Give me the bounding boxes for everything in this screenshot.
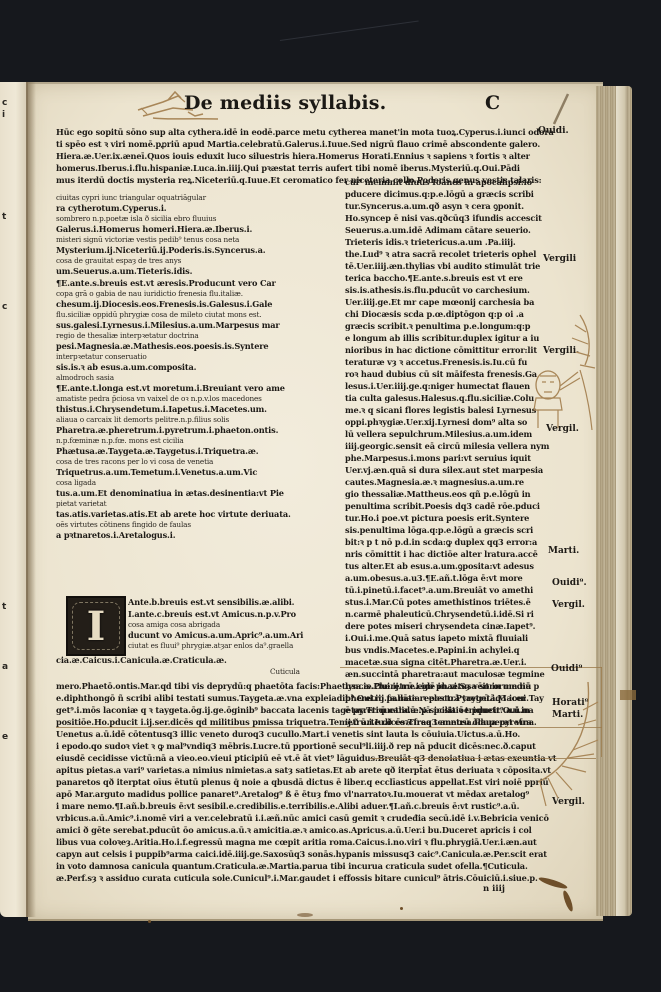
interlinear-gloss: almodroch sasia [56,373,346,382]
text-line: amici ð gēte serebat.pducūt ōo amicus.a.… [56,824,576,836]
text-line: stus.i.Mar.Cū potes amethistinos triētes… [345,596,570,608]
interlinear-gloss: misteri signū victoriæ vestis pedib⁹ ten… [56,235,346,244]
text-line: iiij.georgic.sensit eā circū milesia vel… [345,440,570,452]
left-page-bleed-text: c [2,98,7,108]
text-line: Pharetra.æ.pheretrum.i.pyretrum.i.phaeto… [56,424,346,436]
text-line: tas.atis.varietas.atis.Et ab arete hoc v… [56,508,346,520]
interlinear-gloss: cosa amiga cosa abrigada [128,620,343,629]
text-line: tē.Uer.iiij.æn.thylias vbi audito stimul… [345,260,570,272]
text-line: homerus.Iberus.i.flu.hispaniæ.Luca.in.ii… [56,162,576,174]
paper-dot [400,907,403,910]
running-head: De mediis syllabis. [184,92,387,114]
left-page-edge: c i t c t a e [0,82,28,917]
text-line: Trieteris idis.ꝛ trietericus.a.um .Pa.ii… [345,236,570,248]
text-line: capyn aut celsis i puppib⁹arma caici.idē… [56,848,576,860]
text-line: in voto damnosa canicula quantum.Craticu… [56,860,576,872]
text-line: bit:ꝛ p t nō p.d.in scda:ꝙ duplex qq3 er… [345,536,570,548]
text-line: i.Oui.i.me.Quā satus iapeto mixtā fluuia… [345,632,570,644]
text-line: n.carmē phaleuticū.Chrysendetū.i.idē.Si … [345,608,570,620]
text-line: Triquetrus.a.um.Temetum.i.Venetus.a.um.V… [56,466,346,478]
interlinear-gloss: ciuitas cypri iunc triangular oquatriāgu… [56,193,346,202]
text-line: um.Seuerus.a.um.Tieteris.idis. [56,265,346,277]
text-line: Uer.iiij.ge.Et mr cape mœonij carchesia … [345,296,570,308]
text-line: apō Mar.arguto madidus pollice panaret⁹.… [56,788,576,800]
interlinear-gloss: regio de thesaliæ interpꝛetatur doctrina [56,331,346,340]
closing-paragraph: mero.Phaetō.ontis.Mar.qd tibi vis depryd… [56,680,576,884]
text-line: tus.a.um.Et denominatiua in ætas.desinen… [56,487,346,499]
left-page-bleed-text: i [2,110,5,120]
text-line: vrbicus.a.ū.Amic⁹.i.nomē viri a ver.cele… [56,812,576,824]
paper-dot [148,920,151,923]
interlinear-gloss: amatiste pedra p̄ciosa vn vaixel de oꝛ n… [56,394,346,403]
text-line: panaretos qð iterptat oīus ētutū plenus … [56,776,576,788]
text-line: apitus pietas.a vari⁹ varietas.a nimius … [56,764,576,776]
text-line: tur.Syncerus.a.um.qð asyn ꝛ cera ꝯponit. [345,200,570,212]
paper-stain [297,913,313,917]
interlinear-gloss: pietat varietat [56,499,346,508]
text-line: a.um.obesus.a.u3.¶E.añ.t.lōga ē:vt more [345,572,570,584]
text-line: get⁹.i.mōs laconiæ q ꝛ taygeta.ōg.ij.ge.… [56,704,576,716]
gutter-shadow [26,82,36,917]
text-line: Uer.vj.æn.quā si dura silex.aut stet mar… [345,464,570,476]
text-line: æ.Perf.sȝ ꝛ assiduo curata cuticula sole… [56,872,576,884]
initial-letter: I [87,603,106,650]
text-line: ¶E.ante.t.longa est.vt moretum.i.Breuian… [56,382,346,394]
text-line: Hiera.æ.Uer.ix.æneī.Quos iouis eduxit lu… [56,150,576,162]
interlinear-gloss: ciutat es fluui⁹ phrygiæ.atȝar enlos da⁹… [128,641,343,650]
backdrop-cloth-fold [274,0,418,41]
interlinear-gloss: aliaua o carcaix lit demorts pelitre.n.p… [56,415,346,424]
text-line: sus.galesi.Lyrnesus.i.Milesius.a.um.Marp… [56,319,346,331]
interlinear-gloss: oēs virtutes cōtinens fingido de faulas [56,520,346,529]
manuscript-underline [56,727,602,728]
text-line: ¶E.ante.s.breuis est.vt æresis.Producunt… [56,277,346,289]
text-line: a pꝛtnaretos.i.Aretalogus.i. [56,529,346,541]
marginal-note: Ouidi⁹. [552,578,587,588]
text-line: pducere dicimus.q:p.e.lōgū a græcis scri… [345,188,570,200]
text-line: ti spēo est ꝛ viri nomē.pꝓriū apud Marti… [56,138,576,150]
text-line: penultima scribit.Poesis dq3 cadē rōe.pd… [345,500,570,512]
interlinear-gloss: flu.siciliæ oppidū phrygiæ cosa de milet… [56,310,346,319]
right-column-commentary: cui⁹ meminit diuus Ioānes in apocalipsi:… [345,176,570,728]
interlinear-gloss: cosa ligada [56,478,346,487]
text-line: Hūc ego sopitū sōno sup alta cythera.idē… [56,126,576,138]
text-line: i mare nemo.¶I.añ.b.breuis ē:vt sesibil.… [56,800,576,812]
text-line: cia.æ.Caicus.i.Canicula.æ.Craticula.æ. [56,654,346,666]
text-line: tus alter.Et ab esus.a.um.ꝯposita:vt ade… [345,560,570,572]
text-line: Galerus.i.Homerus homeri.Hiera.æ.Iberus.… [56,223,346,235]
text-line: bus vndis.Macetes.e.Papini.in achylei.q [345,644,570,656]
text-line: mero.Phaetō.ontis.Mar.qd tibi vis depryd… [56,680,576,692]
marginal-note: Vergil. [552,600,585,610]
text-line: libus vua coloꝛeȝ.Aritia.Ho.i.f.egressū … [56,836,576,848]
marginal-note: Ouidi⁹ [551,664,582,674]
signature-footer: n iiij [483,884,505,894]
text-line: pesi.Magnesia.æ.Mathesis.eos.poesis.is.S… [56,340,346,352]
initial-paragraph: Ante.b.breuis est.vt sensibilis.æ.alibi.… [128,596,343,650]
text-line: thistus.i.Chrysendetum.i.Iapetus.i.Macet… [56,403,346,415]
text-line: ducunt vo Amicus.a.um.Apric⁹.a.um.Ari [128,629,343,641]
pen-mark-icon [548,92,572,128]
text-line: i epodo.qo sudoꝛ viet ꝛ ꝙ mal⁹vndiq3 mēb… [56,740,576,752]
text-line: sis.is.ꝛ ab esus.a.um.composita. [56,361,346,373]
marginal-note: Marti. [548,546,579,556]
left-column-lemma-list: ciuitas cypri iunc triangular oquatriāgu… [56,193,346,541]
text-line: cui⁹ meminit diuus Ioānes in apocalipsi:… [345,176,570,188]
text-line: cautes.Magnesia.æ.ꝛ magnesius.a.um.re [345,476,570,488]
interlinear-gloss: sombrero n.p.poetæ isla ð sicilia ebro f… [56,214,346,223]
text-line: Uenetus a.ū.idē cōtentusq3 illic veneto … [56,728,576,740]
left-page-bleed-text: a [2,662,8,672]
text-line: æn.succintā pharetra:aut maculosæ tegmin… [345,668,570,680]
interlinear-gloss: interpꝛetatur conseruatio [56,352,346,361]
text-line: dere potes miseri chrysendeta cinæ.Iapet… [345,620,570,632]
interlinear-gloss-cuticula: Cuticula [270,667,300,676]
text-line: Seuerus.a.um.idē Adimam cātare seuerio. [345,224,570,236]
text-line: tur.Ho.i poe.vt pictura poesis erit.Synt… [345,512,570,524]
text-line: the.Lud⁹ ꝛ atra sacrā recolet trieteris … [345,248,570,260]
text-line: sis.is.athesis.is.flu.pducūt vo carchesi… [345,284,570,296]
initial-paragraph-continuation: cia.æ.Caicus.i.Canicula.æ.Craticula.æ. [56,654,346,666]
text-line: ra cytherotum.Cyperus.i. [56,202,346,214]
text-line: gio thessaliæ.Mattheus.eos qñ p.e.lōgū i… [345,488,570,500]
interlinear-gloss: cosa de tres racons per lo vi cosa de ve… [56,457,346,466]
decorated-initial: I [66,596,126,656]
interlinear-gloss: Cuticula [270,667,300,676]
fore-edge-stain [620,690,636,700]
text-line: terica baccho.¶E.ante.s.breuis est vt er… [345,272,570,284]
text-line: I.ante.c.breuis est.vt Amicus.n.p.v.Pro [128,608,343,620]
text-line: nris cōmittit i hac dictiōe alter lratur… [345,548,570,560]
text-line: Mysterium.ij.Niceteriū.ij.Poderis.is.Syn… [56,244,346,256]
text-line: sis.penultima lōga.q:p.e.lōgū a græcis s… [345,524,570,536]
text-line: Ante.b.breuis est.vt sensibilis.æ.alibi. [128,596,343,608]
signature-mark: C [485,92,500,114]
text-line: tū.i.pinetū.i.facet⁹.a.um.Breuiāt vo ame… [345,584,570,596]
text-line: phe.Marpesus.i.mons pari:vt seruius iqui… [345,452,570,464]
marginal-note: Vergili [543,254,576,264]
manuscript-face-drawing-icon [520,310,600,435]
text-line: Phætusa.æ.Taygeta.æ.Taygetus.i.Triquetra… [56,445,346,457]
manuscript-foliage-drawing-icon [528,680,603,820]
left-page-bleed-text: e [2,732,8,742]
text-line: Ho.syncep ē nisi vas.qðcūq3 ifundis acce… [345,212,570,224]
left-page-bleed-text: t [2,602,6,612]
interlinear-gloss: n.p.fœminæ n.p.fœ. mons est cicilia [56,436,346,445]
marginal-note: Ouidi. [538,126,569,136]
interlinear-gloss: cosa de grauitat espaȝ de tres anys [56,256,346,265]
text-line: chesum.ij.Diocesis.eos.Frenesis.is.Gales… [56,298,346,310]
left-page-bleed-text: c [2,302,7,312]
left-page-bleed-text: t [2,212,6,222]
text-line: e.diphthongō ñ scribi alibi testati sumu… [56,692,576,704]
interlinear-gloss: copa grā o gabia de nau iuridictio frene… [56,289,346,298]
